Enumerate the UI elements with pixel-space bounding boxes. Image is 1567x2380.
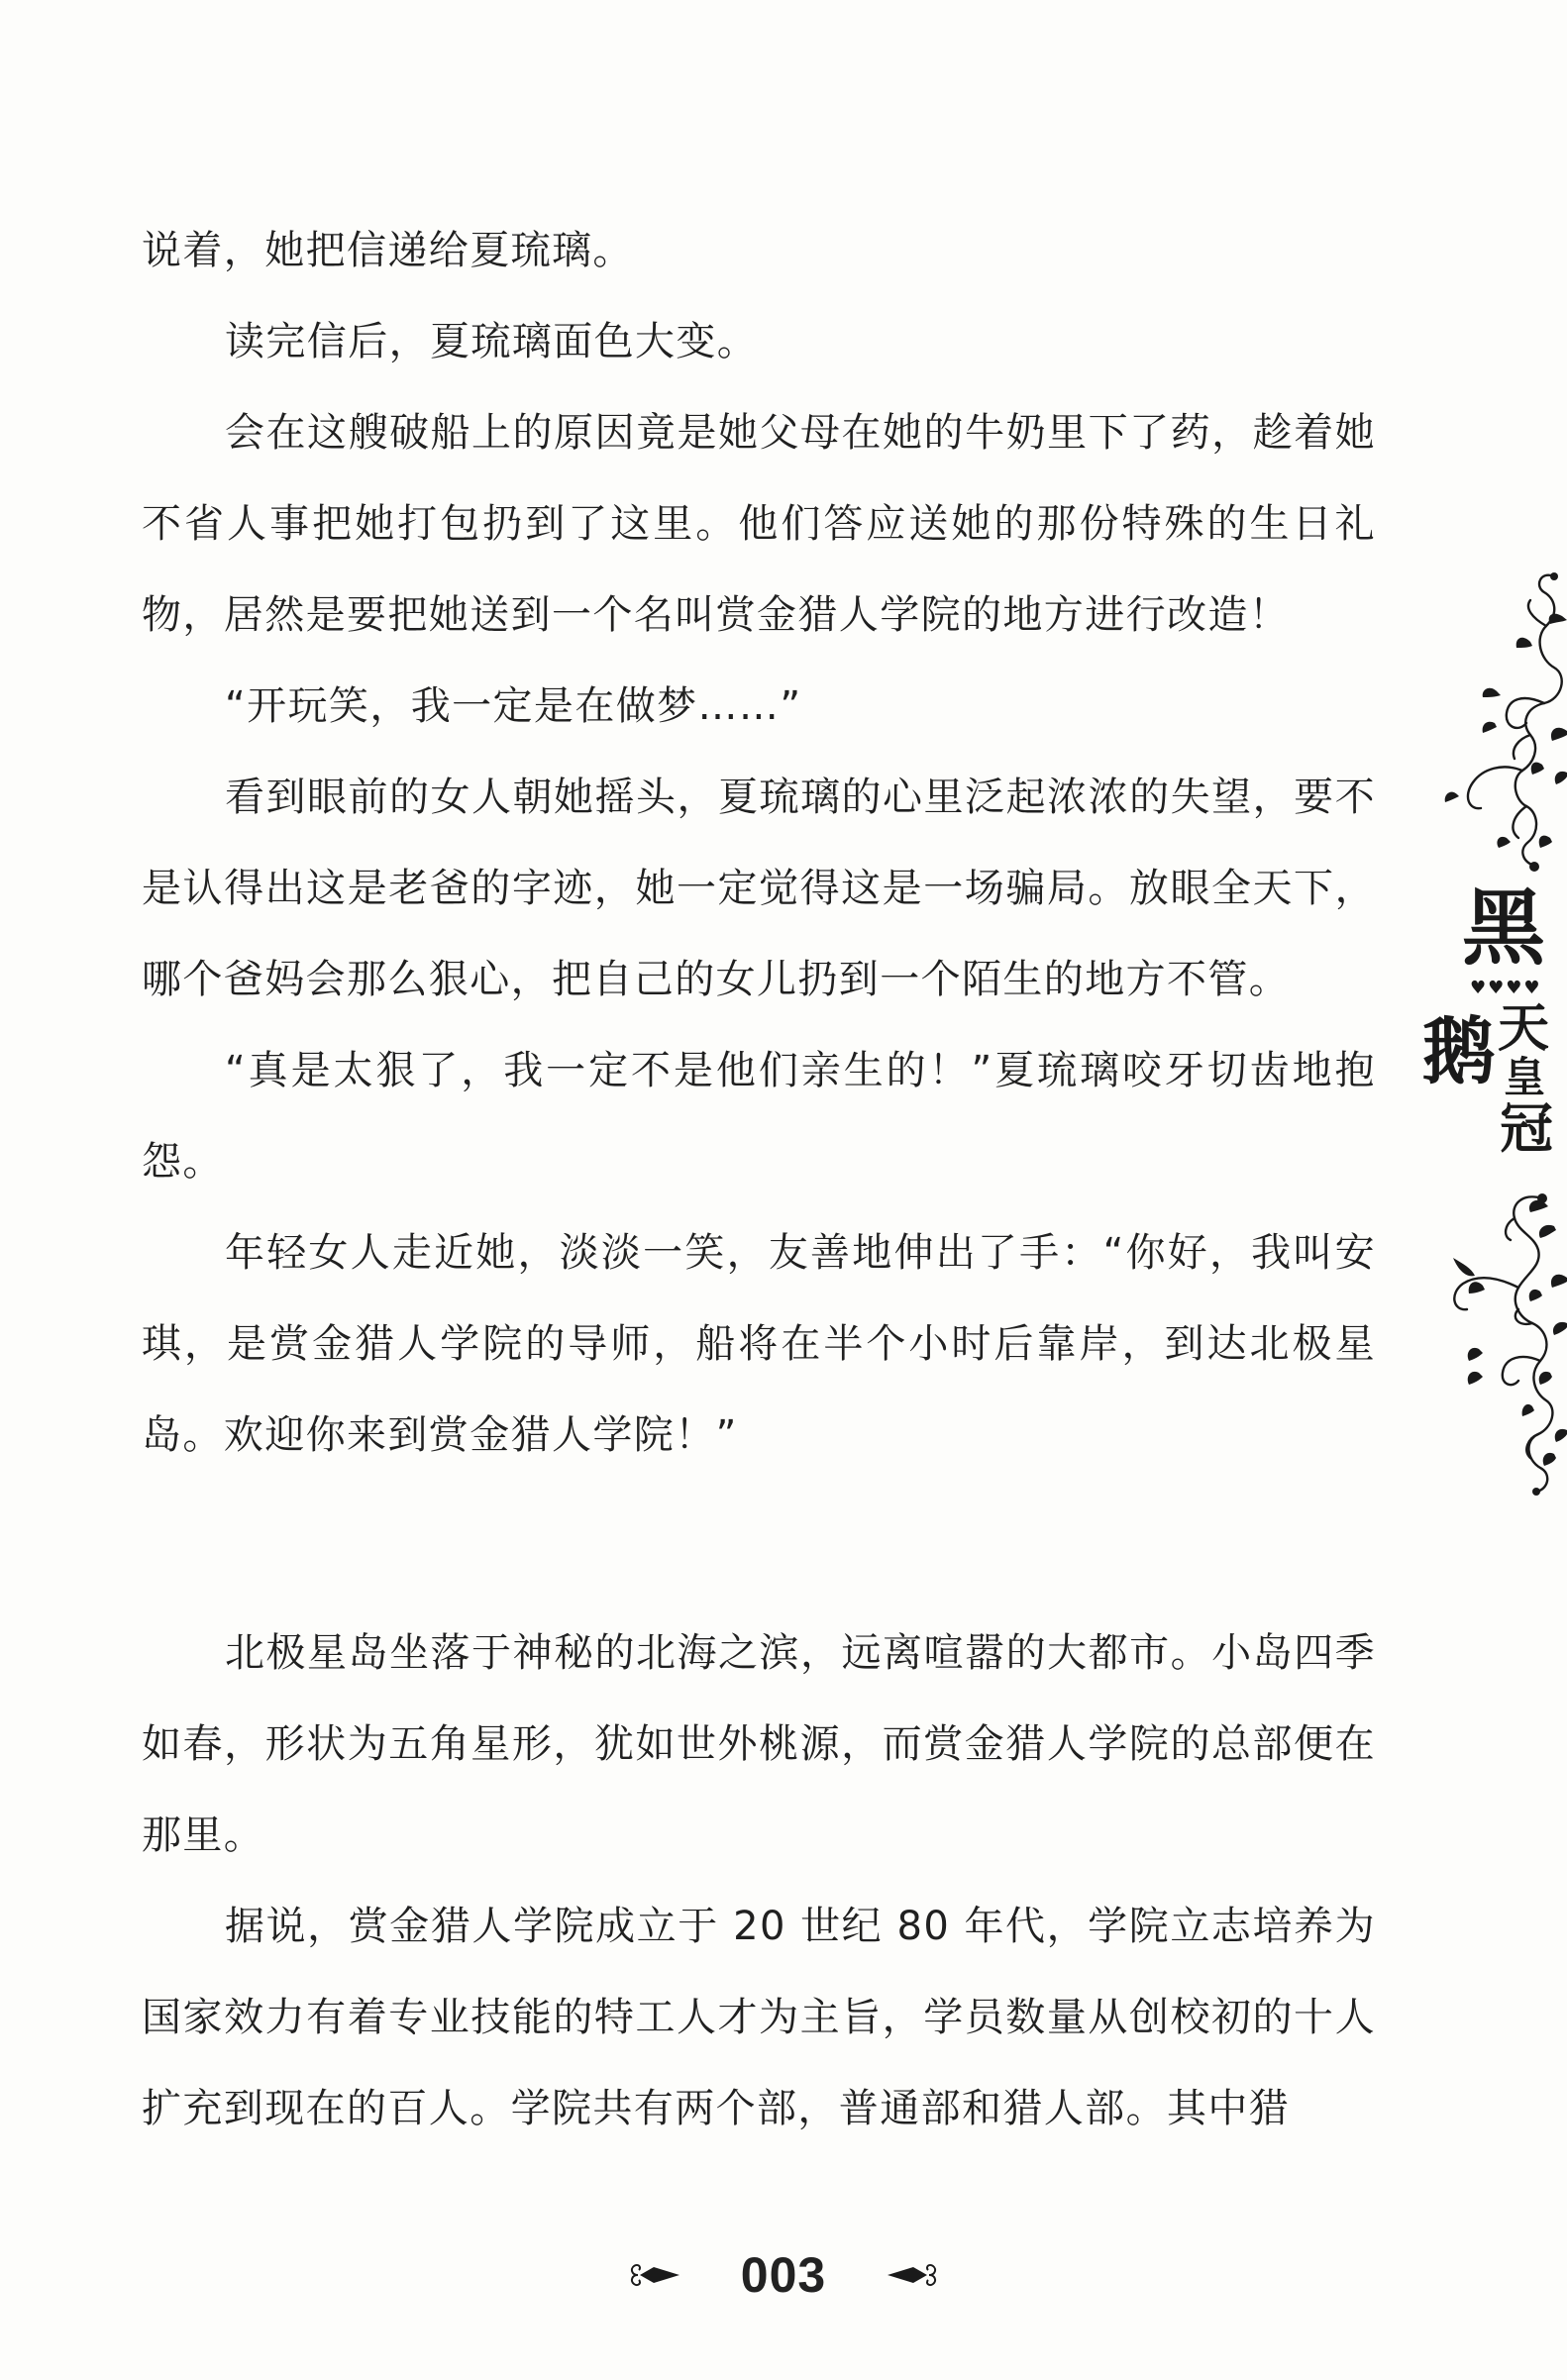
paragraph: “开玩笑，我一定是在做梦……” — [142, 661, 1376, 752]
book-page: 说着，她把信递给夏琉璃。 读完信后，夏琉璃面色大变。 会在这艘破船上的原因竟是她… — [0, 0, 1567, 2380]
paragraph: 看到眼前的女人朝她摇头，夏琉璃的心里泛起浓浓的失望，要不是认得出这是老爸的字迹，… — [142, 752, 1376, 1025]
paragraph: 读完信后，夏琉璃面色大变。 — [142, 296, 1376, 387]
paragraph: 会在这艘破船上的原因竟是她父母在她的牛奶里下了药，趁着她不省人事把她打包扔到了这… — [142, 387, 1376, 661]
series-title-char: 黑 — [1462, 886, 1545, 970]
series-title-char: 冠 — [1500, 1102, 1553, 1156]
floral-vine-bottom-icon — [1423, 1179, 1567, 1505]
hearts-icon: ♥♥♥♥ — [1470, 978, 1542, 998]
page-number: 003 — [741, 2246, 826, 2304]
paragraph: 说着，她把信递给夏琉璃。 — [142, 205, 1376, 296]
paragraph: 北极星岛坐落于神秘的北海之滨，远离喧嚣的大都市。小岛四季如春，形状为五角星形，犹… — [142, 1607, 1376, 1881]
series-title-char: 皇 — [1504, 1057, 1545, 1098]
series-title: 黑 ♥♥♥♥ 天 鹅 皇 冠 — [1422, 886, 1561, 1164]
paragraph: 年轻女人走近她，淡淡一笑，友善地伸出了手：“你好，我叫安琪，是赏金猎人学院的导师… — [142, 1207, 1376, 1481]
paragraph: 据说，赏金猎人学院成立于 20 世纪 80 年代，学院立志培养为国家效力有着专业… — [142, 1881, 1376, 2154]
scroll-ornament-right-icon — [886, 2257, 941, 2293]
series-title-char: 天 — [1498, 1003, 1549, 1055]
body-text: 说着，她把信递给夏琉璃。 读完信后，夏琉璃面色大变。 会在这艘破船上的原因竟是她… — [142, 205, 1376, 2154]
page-footer: 003 — [0, 2246, 1567, 2306]
paragraph: “真是太狠了，我一定不是他们亲生的！”夏琉璃咬牙切齿地抱怨。 — [142, 1025, 1376, 1207]
scroll-ornament-left-icon — [626, 2257, 681, 2293]
series-title-char: 鹅 — [1422, 1015, 1496, 1088]
section-break — [142, 1481, 1376, 1607]
floral-vine-top-icon — [1423, 565, 1567, 881]
